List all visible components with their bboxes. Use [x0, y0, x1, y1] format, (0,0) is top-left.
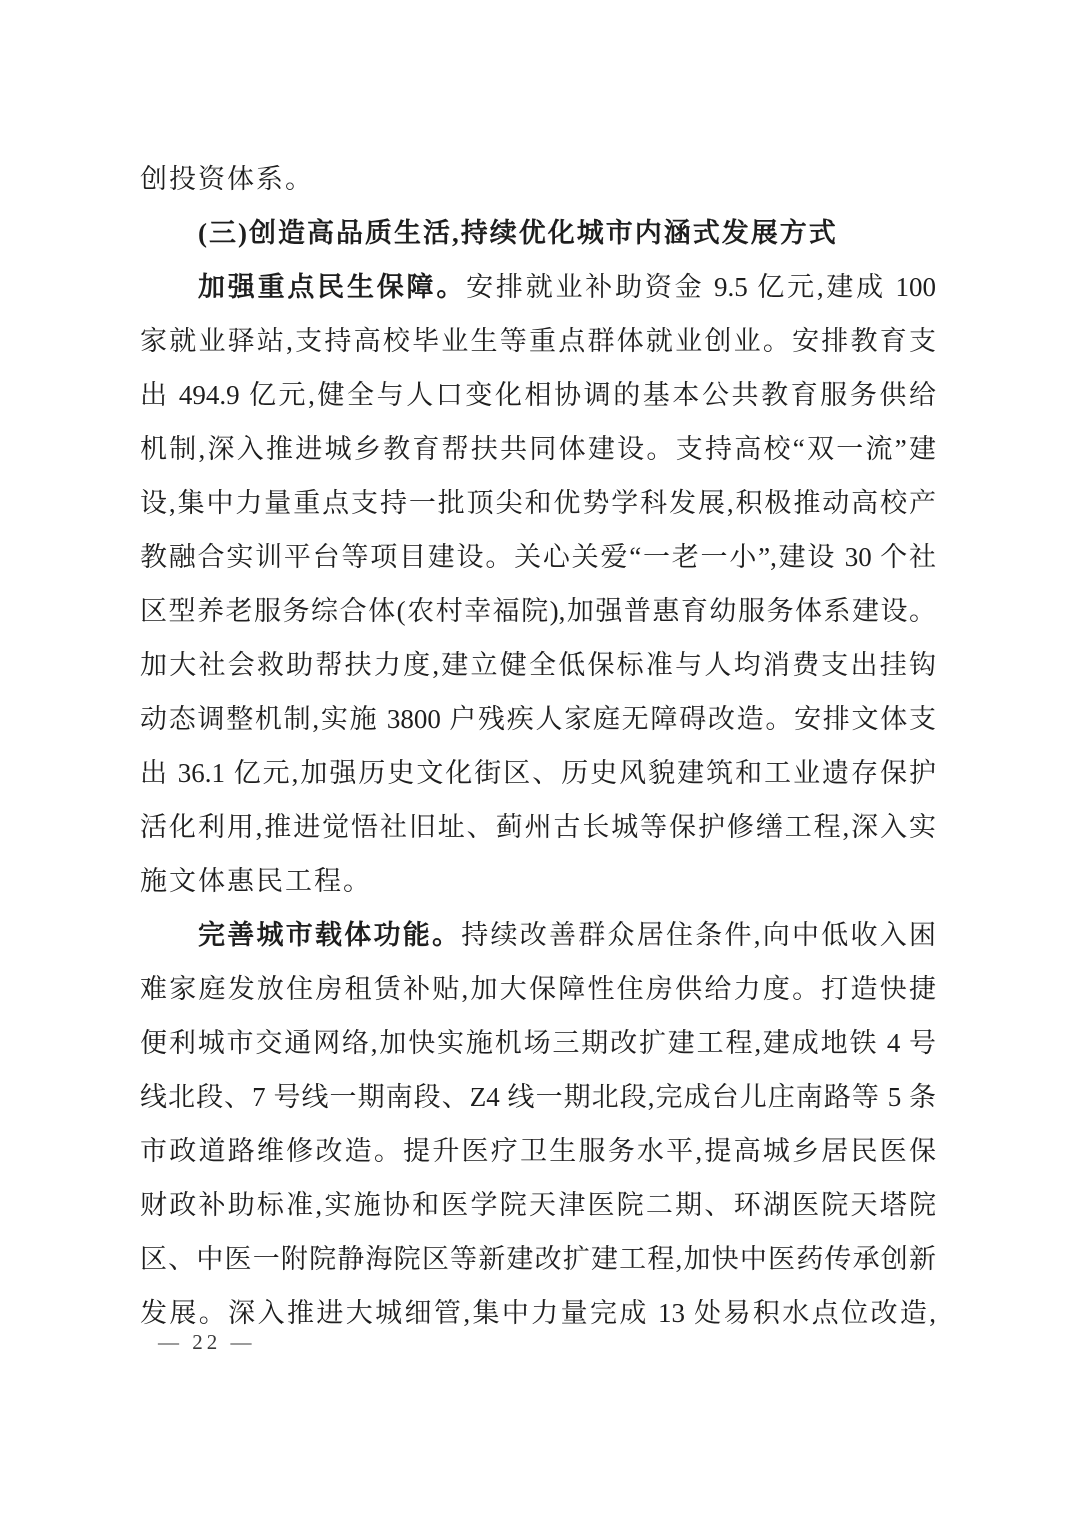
text-line: 线北段、7 号线一期南段、Z4 线一期北段,完成台儿庄南路等 5 条	[140, 1070, 936, 1124]
text-line: 便利城市交通网络,加快实施机场三期改扩建工程,建成地铁 4 号	[140, 1016, 936, 1070]
text-line: 机制,深入推进城乡教育帮扶共同体建设。支持高校“双一流”建	[140, 422, 936, 476]
body-text: 动态调整机制,实施 3800 户残疾人家庭无障碍改造。安排文体支	[140, 704, 936, 734]
body-text: 持续改善群众居住条件,向中低收入困	[461, 920, 936, 950]
text-line: 区型养老服务综合体(农村幸福院),加强普惠育幼服务体系建设。	[140, 584, 936, 638]
body-text: 出 494.9 亿元,健全与人口变化相协调的基本公共教育服务供给	[140, 380, 936, 410]
text-line: 区、中医一附院静海院区等新建改扩建工程,加快中医药传承创新	[140, 1232, 936, 1286]
body-text: 难家庭发放住房租赁补贴,加大保障性住房供给力度。打造快捷	[140, 974, 936, 1004]
body-text: 财政补助标准,实施协和医学院天津医院二期、环湖医院天塔院	[140, 1190, 936, 1220]
body-text: 安排就业补助资金 9.5 亿元,建成 100	[466, 272, 936, 302]
text-line: 出 36.1 亿元,加强历史文化街区、历史风貌建筑和工业遗存保护	[140, 746, 936, 800]
document-body: 创投资体系。(三)创造高品质生活,持续优化城市内涵式发展方式加强重点民生保障。安…	[140, 152, 936, 1340]
body-text: 发展。深入推进大城细管,集中力量完成 13 处易积水点位改造,	[140, 1298, 936, 1328]
body-text: 市政道路维修改造。提升医疗卫生服务水平,提高城乡居民医保	[140, 1136, 936, 1166]
text-line: 加强重点民生保障。安排就业补助资金 9.5 亿元,建成 100	[140, 260, 936, 314]
emphasis-text: (三)创造高品质生活,持续优化城市内涵式发展方式	[198, 218, 838, 248]
body-text: 家就业驿站,支持高校毕业生等重点群体就业创业。安排教育支	[140, 326, 936, 356]
body-text: 教融合实训平台等项目建设。关心关爱“一老一小”,建设 30 个社	[140, 542, 936, 572]
text-line: 动态调整机制,实施 3800 户残疾人家庭无障碍改造。安排文体支	[140, 692, 936, 746]
body-text: 设,集中力量重点支持一批顶尖和优势学科发展,积极推动高校产	[140, 488, 936, 518]
body-text: 加大社会救助帮扶力度,建立健全低保标准与人均消费支出挂钩	[140, 650, 936, 680]
text-line: (三)创造高品质生活,持续优化城市内涵式发展方式	[140, 206, 936, 260]
body-text: 出 36.1 亿元,加强历史文化街区、历史风貌建筑和工业遗存保护	[140, 758, 936, 788]
emphasis-text: 加强重点民生保障。	[198, 272, 466, 302]
body-text: 线北段、7 号线一期南段、Z4 线一期北段,完成台儿庄南路等 5 条	[140, 1082, 936, 1112]
text-line: 市政道路维修改造。提升医疗卫生服务水平,提高城乡居民医保	[140, 1124, 936, 1178]
body-text: 区型养老服务综合体(农村幸福院),加强普惠育幼服务体系建设。	[140, 596, 936, 626]
text-line: 创投资体系。	[140, 152, 936, 206]
text-line: 完善城市载体功能。持续改善群众居住条件,向中低收入困	[140, 908, 936, 962]
body-text: 施文体惠民工程。	[140, 866, 372, 896]
page-number: — 22 —	[158, 1330, 256, 1354]
body-text: 便利城市交通网络,加快实施机场三期改扩建工程,建成地铁 4 号	[140, 1028, 936, 1058]
text-line: 施文体惠民工程。	[140, 854, 936, 908]
text-line: 加大社会救助帮扶力度,建立健全低保标准与人均消费支出挂钩	[140, 638, 936, 692]
text-line: 教融合实训平台等项目建设。关心关爱“一老一小”,建设 30 个社	[140, 530, 936, 584]
body-text: 活化利用,推进觉悟社旧址、蓟州古长城等保护修缮工程,深入实	[140, 812, 936, 842]
body-text: 创投资体系。	[140, 164, 314, 194]
text-line: 发展。深入推进大城细管,集中力量完成 13 处易积水点位改造,	[140, 1286, 936, 1340]
body-text: 机制,深入推进城乡教育帮扶共同体建设。支持高校“双一流”建	[140, 434, 936, 464]
text-line: 财政补助标准,实施协和医学院天津医院二期、环湖医院天塔院	[140, 1178, 936, 1232]
text-line: 设,集中力量重点支持一批顶尖和优势学科发展,积极推动高校产	[140, 476, 936, 530]
text-line: 出 494.9 亿元,健全与人口变化相协调的基本公共教育服务供给	[140, 368, 936, 422]
body-text: 区、中医一附院静海院区等新建改扩建工程,加快中医药传承创新	[140, 1244, 936, 1274]
text-line: 难家庭发放住房租赁补贴,加大保障性住房供给力度。打造快捷	[140, 962, 936, 1016]
text-line: 活化利用,推进觉悟社旧址、蓟州古长城等保护修缮工程,深入实	[140, 800, 936, 854]
emphasis-text: 完善城市载体功能。	[198, 920, 461, 950]
page-footer: — 22 —	[158, 1330, 256, 1355]
text-line: 家就业驿站,支持高校毕业生等重点群体就业创业。安排教育支	[140, 314, 936, 368]
